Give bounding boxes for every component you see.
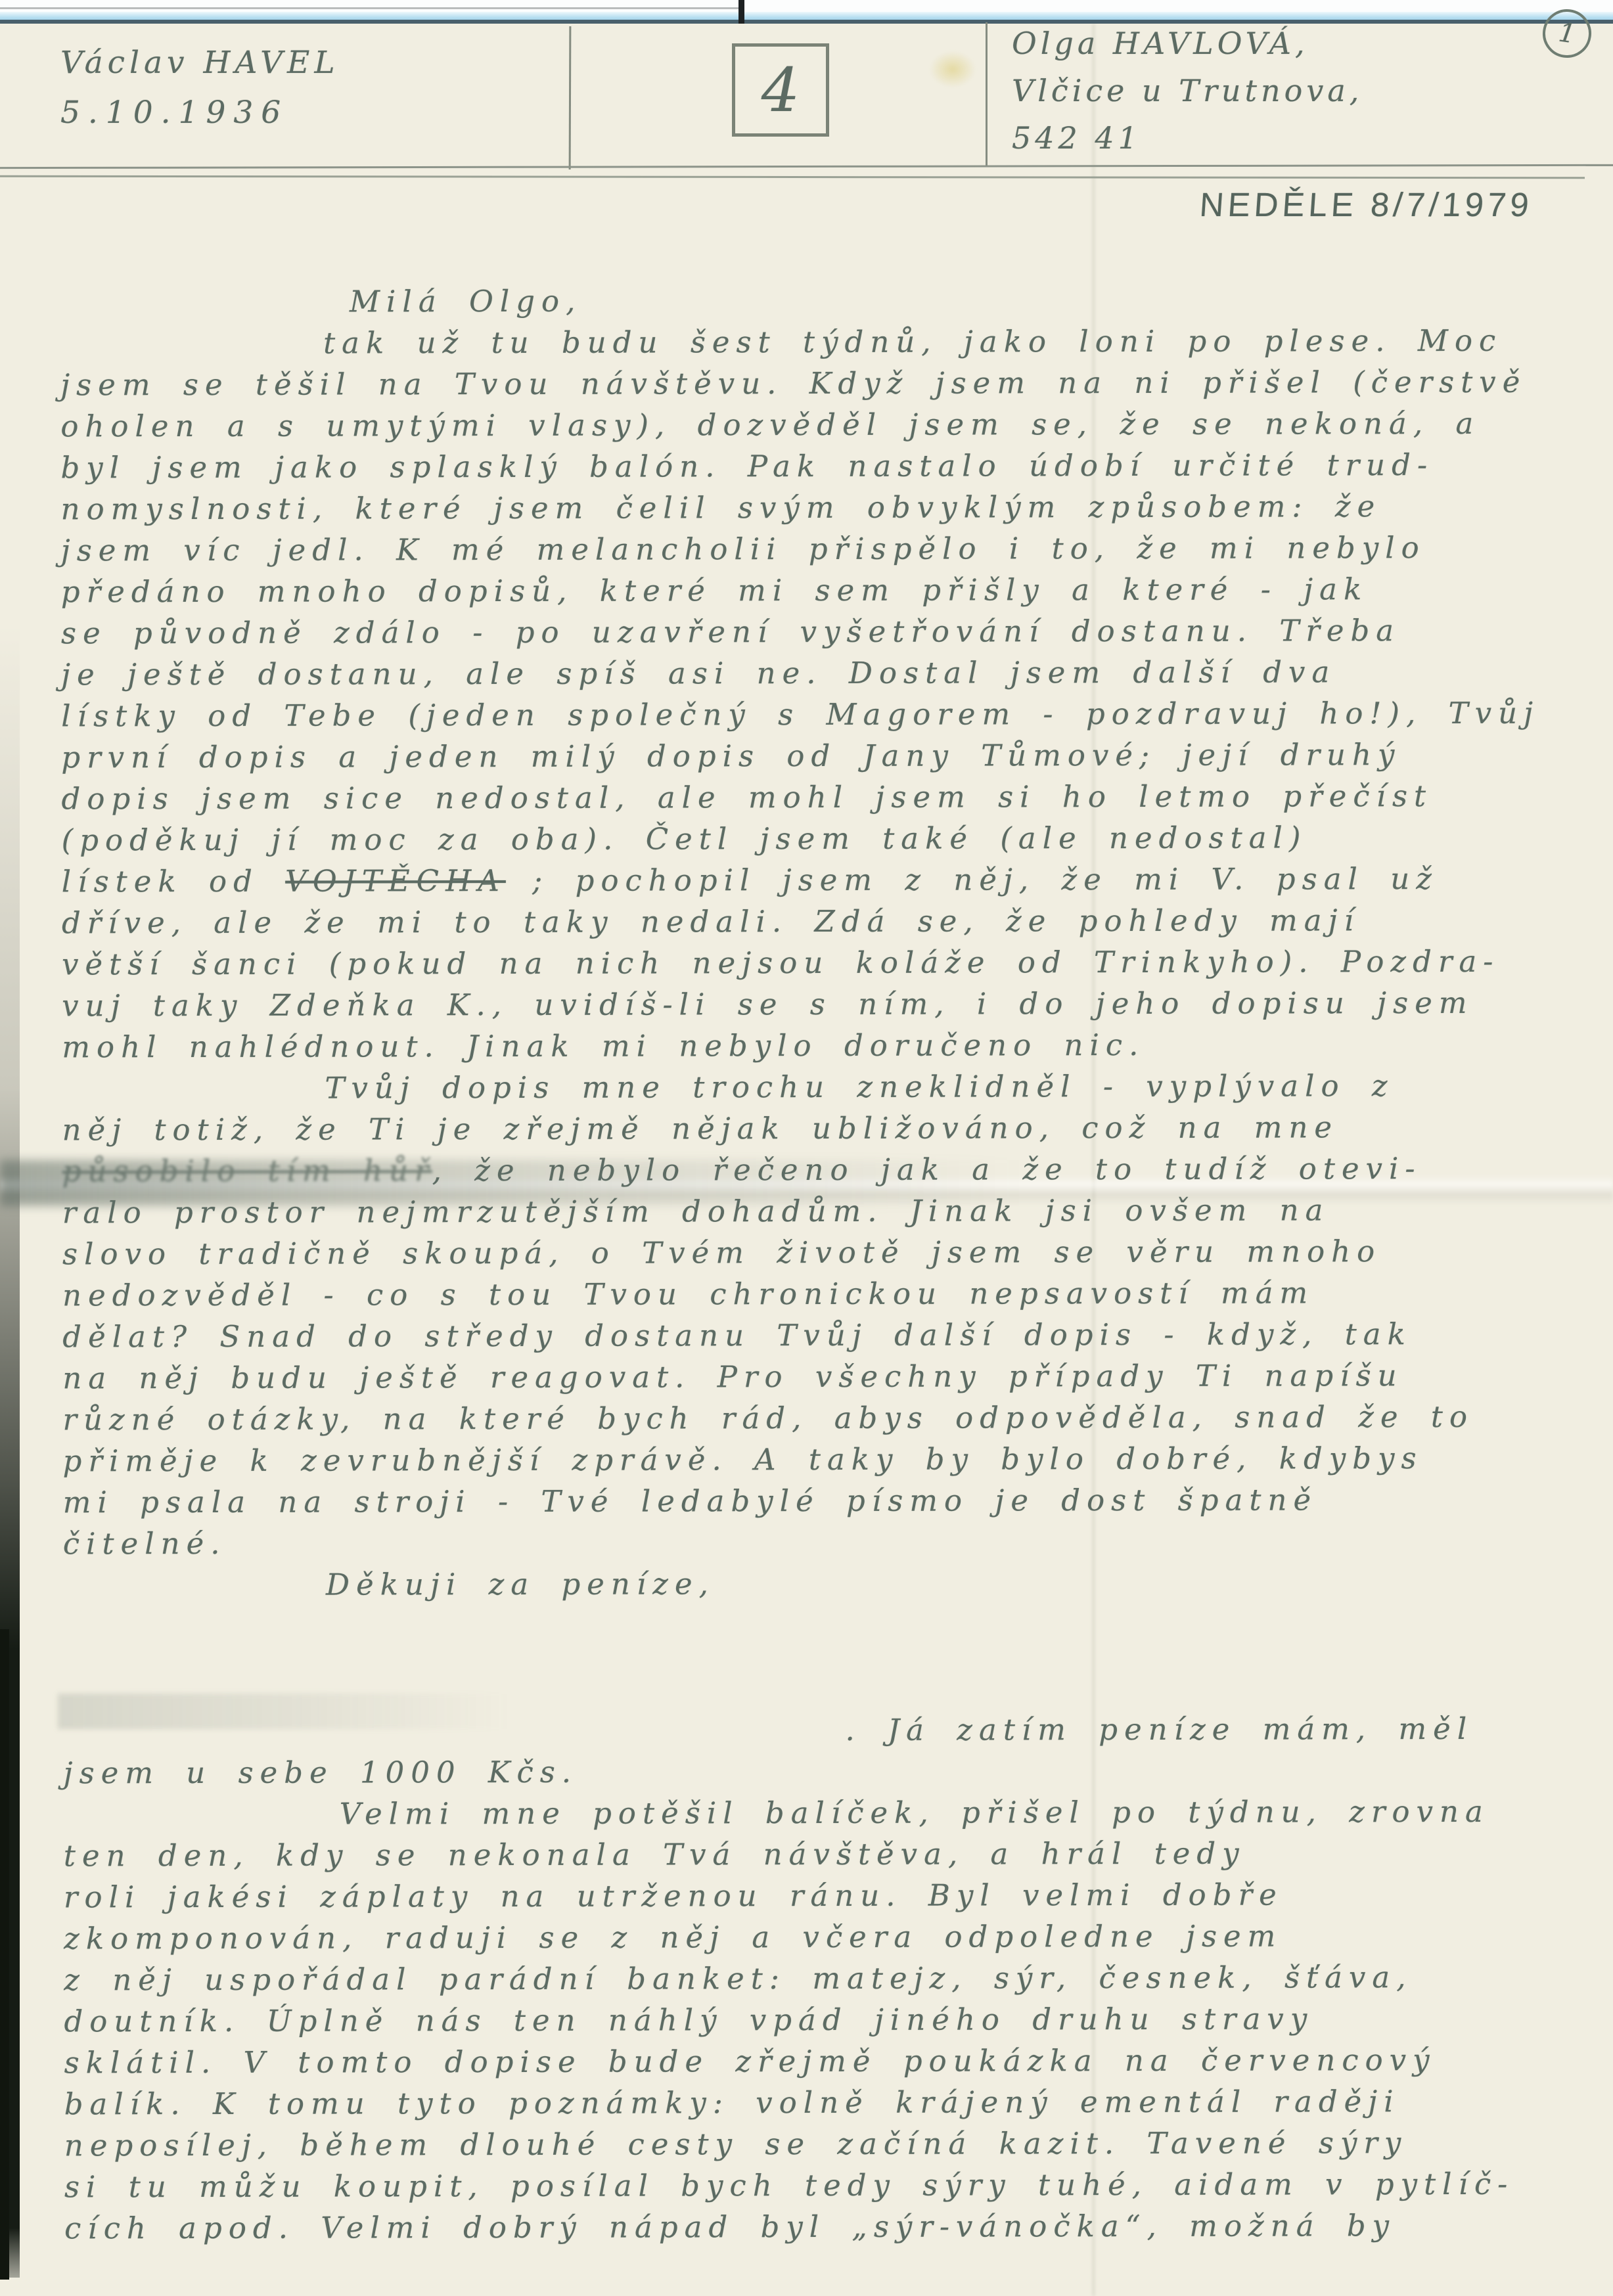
handwritten-text: doutník. Úplně nás ten náhlý vpád jiného… [64, 2001, 1313, 2038]
letter-line: první dopis a jeden milý dopis od Jany T… [61, 735, 1579, 780]
letter-line: je ještě dostanu, ale spíš asi ne. Dosta… [61, 652, 1579, 697]
letter-line: předáno mnoho dopisů, které mi sem přišl… [61, 570, 1579, 614]
handwritten-text: se původně zdálo - po uzavření vyšetřová… [61, 613, 1400, 650]
scanner-dark-edge [0, 20, 1613, 24]
letter-line: roli jakési záplaty na utrženou ránu. By… [64, 1875, 1581, 1920]
handwritten-text: . Já zatím peníze mám, měl [845, 1711, 1473, 1747]
struck-text: VOJTĚCHA [285, 863, 506, 899]
handwritten-text: Milá Olgo, [350, 284, 582, 319]
handwritten-text: dopis jsem sice nedostal, ale mohl jsem … [61, 778, 1432, 816]
handwritten-text: je ještě dostanu, ale spíš asi ne. Dosta… [61, 654, 1336, 692]
handwritten-text: větší šanci (pokud na nich nejsou koláže… [62, 944, 1500, 982]
scanner-top-margin [0, 0, 1613, 13]
handwritten-text: něj totiž, že Ti je zřejmě nějak ubližov… [62, 1110, 1339, 1147]
letter-line: oholen a s umytými vlasy), dozvěděl jsem… [60, 404, 1578, 449]
recipient-address: Vlčice u Trutnova, [1012, 67, 1363, 114]
handwritten-text: přiměje k zevrubnější zprávě. A taky by … [63, 1441, 1423, 1478]
handwritten-text: dělat? Snad do středy dostanu Tvůj další… [62, 1317, 1412, 1354]
letter-line: jsem u sebe 1000 Kčs. [64, 1751, 1581, 1795]
sheet-number: 4 [761, 55, 800, 125]
letter-line: se původně zdálo - po uzavření vyšetřová… [61, 611, 1579, 656]
handwritten-text: ralo prostor nejmrzutějším dohadům. Jina… [62, 1192, 1330, 1230]
handwritten-text: jsem se těšil na Tvou návštěvu. Když jse… [60, 365, 1526, 403]
letter-date: NEDĚLE 8/7/1979 [1198, 185, 1534, 224]
sender-birthdate: 5.10.1936 [60, 88, 340, 138]
letter-line: dělat? Snad do středy dostanu Tvůj další… [62, 1315, 1580, 1359]
letter-line: čitelné. [63, 1521, 1581, 1566]
handwritten-text: zkomponován, raduji se z něj a včera odp… [64, 1919, 1282, 1956]
letter-line: byl jsem jako splasklý balón. Pak nastal… [60, 445, 1578, 490]
letter-line: jsem víc jedl. K mé melancholii přispělo… [61, 528, 1579, 573]
handwritten-text: předáno mnoho dopisů, které mi sem přišl… [61, 572, 1369, 609]
handwritten-text: mohl nahlédnout. Jinak mi nebylo doručen… [62, 1027, 1145, 1064]
scanner-left-shadow-core [0, 1629, 9, 2280]
letter-line: Tvůj dopis mne trochu zneklidněl - vyplý… [62, 1066, 1579, 1111]
recipient-block: Olga HAVLOVÁ, Vlčice u Trutnova, 542 41 [1012, 20, 1363, 162]
handwritten-text: vuj taky Zdeňka K., uvidíš-li se s ním, … [62, 985, 1473, 1023]
letter-line: (poděkuj jí moc za oba). Četl jsem také … [62, 818, 1579, 863]
letter-line: slovo tradičně skoupá, o Tvém životě jse… [62, 1232, 1580, 1276]
handwritten-text: ten den, kdy se nekonala Tvá návštěva, a… [64, 1836, 1246, 1874]
sender-block: Václav HAVEL 5.10.1936 [60, 38, 340, 138]
handwritten-text: dříve, ale že mi to taky nedali. Zdá se,… [62, 903, 1360, 940]
letter-line: mohl nahlédnout. Jinak mi nebylo doručen… [62, 1025, 1579, 1069]
page-number: 1 [1556, 17, 1578, 49]
handwritten-text: z něj uspořádal parádní banket: matejz, … [64, 1960, 1412, 1997]
letter-line: . Já zatím peníze mám, měl [63, 1709, 1581, 1754]
letter-line: ralo prostor nejmrzutějším dohadům. Jina… [62, 1190, 1580, 1235]
handwritten-text: cích apod. Velmi dobrý nápad byl „sýr-vá… [64, 2208, 1396, 2245]
handwritten-text: jsem u sebe 1000 Kčs. [64, 1755, 578, 1791]
handwritten-text: roli jakési záplaty na utrženou ránu. By… [64, 1878, 1283, 1915]
letter-line: Velmi mne potěšil balíček, přišel po týd… [64, 1792, 1581, 1837]
header-rule-top [0, 164, 1613, 169]
struck-text: působilo tím hůř [62, 1153, 432, 1188]
letter-line: doutník. Úplně nás ten náhlý vpád jiného… [64, 1999, 1581, 2044]
handwritten-text: balík. K tomu tyto poznámky: volně kráje… [64, 2084, 1400, 2121]
handwritten-text: byl jsem jako splasklý balón. Pak nastal… [60, 447, 1434, 485]
recipient-name: Olga HAVLOVÁ, [1012, 20, 1363, 67]
letter-line: cích apod. Velmi dobrý nápad byl „sýr-vá… [64, 2206, 1582, 2251]
handwritten-text: (poděkuj jí moc za oba). Četl jsem také … [62, 820, 1307, 857]
handwritten-text: jsem víc jedl. K mé melancholii přispělo… [61, 530, 1426, 568]
handwritten-text: nedozvěděl - co s tou Tvou chronickou ne… [62, 1275, 1314, 1313]
letter-line: větší šanci (pokud na nich nejsou koláže… [62, 942, 1579, 987]
letter-line: přiměje k zevrubnější zprávě. A taky by … [63, 1439, 1581, 1483]
letter-body: Milá Olgo,tak už tu budu šest týdnů, jak… [60, 280, 1582, 2251]
handwritten-text: Velmi mne potěšil balíček, přišel po týd… [340, 1794, 1489, 1832]
handwritten-text: tak už tu budu šest týdnů, jako loni po … [323, 323, 1502, 361]
letter-line: na něj budu ještě reagovat. Pro všechny … [62, 1356, 1580, 1401]
handwritten-text: čitelné. [63, 1526, 227, 1562]
handwritten-text: si tu můžu koupit, posílal bych tedy sýr… [64, 2167, 1514, 2205]
sheet-number-box: 4 [732, 43, 829, 137]
letter-line: si tu můžu koupit, posílal bych tedy sýr… [64, 2165, 1582, 2209]
handwritten-text: sklátil. V tomto dopise bude zřejmě pouk… [64, 2042, 1436, 2080]
handwritten-text: první dopis a jeden milý dopis od Jany T… [61, 737, 1401, 775]
letter-line: jsem se těšil na Tvou návštěvu. Když jse… [60, 363, 1578, 407]
recipient-postal-code: 542 41 [1012, 114, 1363, 162]
handwritten-text: lístek od [62, 864, 285, 899]
handwritten-text: , že nebylo řečeno jak a že to tudíž ote… [432, 1151, 1422, 1188]
letter-line: nedozvěděl - co s tou Tvou chronickou ne… [62, 1273, 1580, 1318]
handwritten-text: mi psala na stroji - Tvé ledabylé písmo … [63, 1482, 1317, 1519]
letter-line: působilo tím hůř, že nebylo řečeno jak a… [62, 1149, 1580, 1194]
handwritten-text: ; pochopil jsem z něj, že mi V. psal už [506, 861, 1438, 898]
letter-line: vuj taky Zdeňka K., uvidíš-li se s ním, … [62, 983, 1579, 1028]
scanner-edge-notch [738, 0, 744, 24]
letter-line: mi psala na stroji - Tvé ledabylé písmo … [63, 1480, 1581, 1525]
letter-line: Milá Olgo, [60, 280, 1578, 325]
letter-line: nomyslnosti, které jsem čelil svým obvyk… [61, 487, 1579, 531]
letter-line: lístek od VOJTĚCHA ; pochopil jsem z něj… [62, 859, 1579, 904]
handwritten-text: různé otázky, na které bych rád, abys od… [62, 1399, 1474, 1437]
letter-line: z něj uspořádal parádní banket: matejz, … [64, 1958, 1581, 2002]
scanner-hairline [0, 7, 742, 9]
letter-line: balík. K tomu tyto poznámky: volně kráje… [64, 2082, 1582, 2127]
handwritten-text: lístky od Tebe (jeden společný s Magorem… [61, 696, 1539, 734]
handwritten-text: Děkuji za peníze, [326, 1566, 715, 1602]
letter-line: Děkuji za peníze, [63, 1563, 1581, 1608]
letter-line: zkomponován, raduji se z něj a včera odp… [64, 1916, 1581, 1961]
scanned-letter-page: Václav HAVEL 5.10.1936 4 Olga HAVLOVÁ, V… [0, 0, 1613, 2296]
letter-line: různé otázky, na které bych rád, abys od… [62, 1397, 1580, 1442]
handwritten-text: Tvůj dopis mne trochu zneklidněl - vyplý… [325, 1068, 1394, 1105]
letter-line: tak už tu budu šest týdnů, jako loni po … [60, 321, 1578, 366]
letter-line: lístky od Tebe (jeden společný s Magorem… [61, 694, 1579, 738]
letter-line: dříve, ale že mi to taky nedali. Zdá se,… [62, 901, 1579, 945]
header-rule-bottom [0, 175, 1585, 179]
handwritten-text: neposílej, během dlouhé cesty se začíná … [64, 2125, 1408, 2163]
header-divider-left [569, 26, 572, 169]
handwritten-text: slovo tradičně skoupá, o Tvém životě jse… [62, 1234, 1381, 1271]
letter-line-gap [63, 1604, 1581, 1713]
handwritten-text: nomyslnosti, které jsem čelil svým obvyk… [61, 489, 1382, 526]
sender-name: Václav HAVEL [60, 38, 340, 88]
letter-line: ten den, kdy se nekonala Tvá návštěva, a… [64, 1834, 1581, 1878]
handwritten-text: oholen a s umytými vlasy), dozvěděl jsem… [60, 406, 1480, 444]
handwritten-text: na něj budu ještě reagovat. Pro všechny … [62, 1358, 1403, 1395]
header-divider-right [986, 22, 988, 166]
letter-line: sklátil. V tomto dopise bude zřejmě pouk… [64, 2040, 1581, 2085]
letter-line: dopis jsem sice nedostal, ale mohl jsem … [61, 777, 1579, 821]
letter-line: neposílej, během dlouhé cesty se začíná … [64, 2123, 1582, 2168]
paper-stain [930, 51, 976, 87]
letter-line: něj totiž, že Ti je zřejmě nějak ubližov… [62, 1108, 1580, 1152]
